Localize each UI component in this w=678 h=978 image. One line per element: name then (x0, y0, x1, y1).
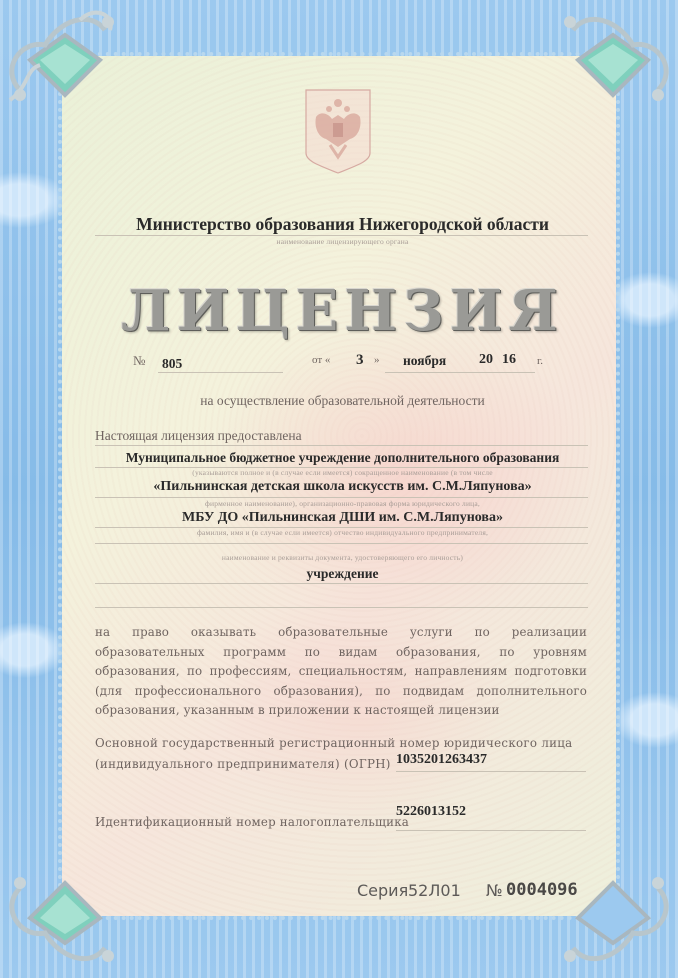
caption-legal-form: фирменное наименование), организационно-… (95, 499, 590, 508)
ornament-corner-icon (0, 0, 130, 130)
caption-full-name: (указываются полное и (в случае если име… (95, 468, 590, 477)
authority-caption: наименование лицензирующего органа (95, 237, 590, 246)
ogrn-label-line1: Основной государственный регистрационный… (95, 736, 573, 750)
divider (158, 372, 283, 373)
divider (95, 583, 588, 584)
divider (95, 543, 588, 544)
inn-label: Идентификационный номер налогоплательщик… (95, 815, 409, 829)
form-number-label: № (486, 881, 503, 900)
license-document: Министерство образования Нижегородской о… (0, 0, 678, 978)
divider (396, 830, 586, 831)
divider (95, 607, 588, 608)
caption-entrepreneur: фамилия, имя и (в случае если имеется) о… (95, 528, 590, 537)
caption-identity-document: наименование и реквизиты документа, удос… (95, 553, 590, 562)
organization-form: учреждение (95, 566, 590, 582)
number-label: № (133, 353, 145, 369)
date-month: ноября (403, 353, 446, 369)
coat-of-arms-icon (302, 87, 374, 175)
date-year-suffix: 16 (502, 352, 516, 368)
ornament-corner-icon (0, 848, 130, 978)
license-purpose: на осуществление образовательной деятель… (95, 393, 590, 409)
ornament-corner-icon (548, 0, 678, 130)
license-number: 805 (162, 356, 182, 372)
granted-label: Настоящая лицензия предоставлена (95, 428, 302, 444)
license-rights-text: на право оказывать образовательные услуг… (95, 623, 587, 721)
organization-type: Муниципальное бюджетное учреждение допол… (95, 450, 590, 466)
date-day: 3 (356, 352, 364, 369)
divider (95, 445, 588, 446)
licensing-authority: Министерство образования Нижегородской о… (95, 214, 590, 235)
ogrn-label-line2: (индивидуального предпринимателя) (ОГРН) (95, 757, 391, 771)
series-value: 52Л01 (408, 881, 461, 900)
ogrn-value: 1035201263437 (396, 752, 487, 768)
series-label: Серия (357, 881, 408, 900)
ornament-corner-icon (548, 848, 678, 978)
document-title: ЛИЦЕНЗИЯ (95, 278, 590, 344)
divider (385, 372, 535, 373)
divider (95, 497, 588, 498)
date-year-unit: г. (537, 355, 543, 367)
organization-short-name: МБУ ДО «Пильнинская ДШИ им. С.М.Ляпунова… (95, 510, 590, 526)
divider (95, 235, 588, 236)
date-close: » (374, 354, 380, 366)
date-year-prefix: 20 (479, 352, 493, 368)
organization-full-name: «Пильнинская детская школа искусств им. … (95, 479, 590, 495)
form-number-value: 0004096 (506, 880, 578, 900)
date-prefix: от « (312, 354, 330, 366)
divider (396, 771, 586, 772)
